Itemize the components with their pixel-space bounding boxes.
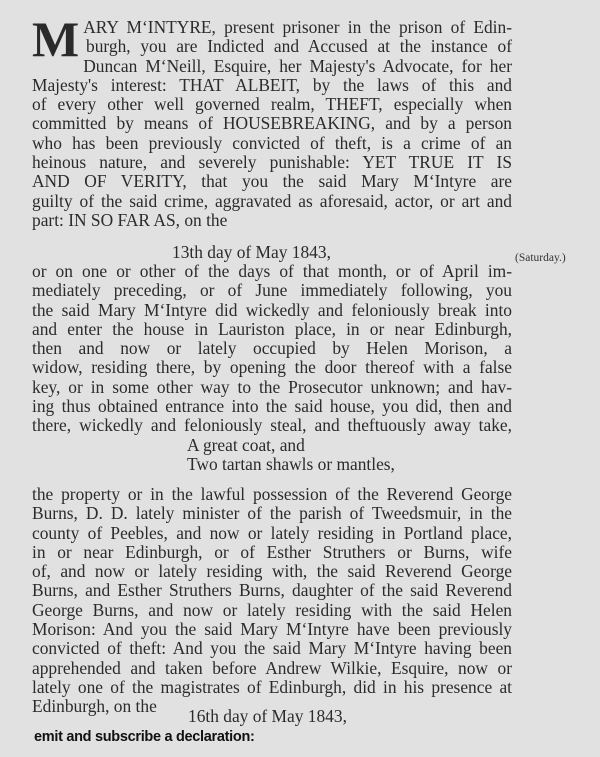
text-line: key, or in some other way to the Prosecu… [32,378,512,397]
text-line: and enter the house in Lauriston place, … [32,320,512,339]
text-line: convicted of theft: And you the said Mar… [32,639,512,658]
text-line: part: IN SO FAR AS, on the [32,211,512,230]
paragraph-charge: M ARY M‘INTYRE, present prisoner in the … [32,18,512,230]
text-line: guilty of the said crime, aggravated as … [32,192,512,211]
text-line: of, and now or lately residing with, the… [32,562,512,581]
text-line: Burns, and Esther Struthers Burns, daugh… [32,581,512,600]
text-line: committed by means of HOUSEBREAKING, and… [32,114,512,133]
text-line: Burns, D. D. lately minister of the pari… [32,504,512,523]
declaration-line: emit and subscribe a declaration: [34,729,255,745]
text-line: lately one of the magistrates of Edinbur… [32,678,512,697]
date-second: 16th day of May 1843, [188,706,347,726]
text-line: AND OF VERITY, that you the said Mary M‘… [32,172,512,191]
text-line: in or near Edinburgh, or of Esther Strut… [32,543,512,562]
text-line: Morison: And you the said Mary M‘Intyre … [32,620,512,639]
paragraph-property-wrap: the property or in the lawful possession… [32,485,512,717]
marginal-note: (Saturday.) [515,252,566,264]
text-line: George Burns, and now or lately residing… [32,601,512,620]
text-line: then and now or lately occupied by Helen… [32,339,512,358]
text-line: ARY M‘INTYRE, present prisoner in the pr… [32,18,512,37]
text-line: Majesty's interest: THAT ALBEIT, by the … [32,76,512,95]
paragraph-property: the property or in the lawful possession… [32,485,512,717]
text-line: who has been previously convicted of the… [32,134,512,153]
text-line: Duncan M‘Neill, Esquire, her Majesty's A… [32,57,512,76]
stolen-item: A great coat, and [187,436,395,455]
text-line: the property or in the lawful possession… [32,485,512,504]
text-line: ing thus obtained entrance into the said… [32,397,512,416]
text-line: or on one or other of the days of that m… [32,262,512,281]
text-line: apprehended and taken before Andrew Wilk… [32,659,512,678]
text-line: there, wickedly and feloniously steal, a… [32,416,512,435]
text-line: widow, residing there, by opening the do… [32,358,512,377]
stolen-items-list: A great coat, and Two tartan shawls or m… [187,436,395,474]
text-line: mediately preceding, or of June immediat… [32,281,512,300]
indictment-page: M ARY M‘INTYRE, present prisoner in the … [32,18,512,230]
dropcap-letter: M [32,20,79,58]
paragraph-housebreaking: or on one or other of the days of that m… [32,262,512,436]
text-line: the said Mary M‘Intyre did wickedly and … [32,301,512,320]
date-first: 13th day of May 1843, [172,242,331,262]
text-line: burgh, you are Indicted and Accused at t… [32,37,512,56]
paragraph-housebreaking-wrap: or on one or other of the days of that m… [32,262,512,436]
text-line: heinous nature, and severely punishable:… [32,153,512,172]
text-line: of every other well governed realm, THEF… [32,95,512,114]
text-line: county of Peebles, and now or lately res… [32,524,512,543]
stolen-item: Two tartan shawls or mantles, [187,455,395,474]
